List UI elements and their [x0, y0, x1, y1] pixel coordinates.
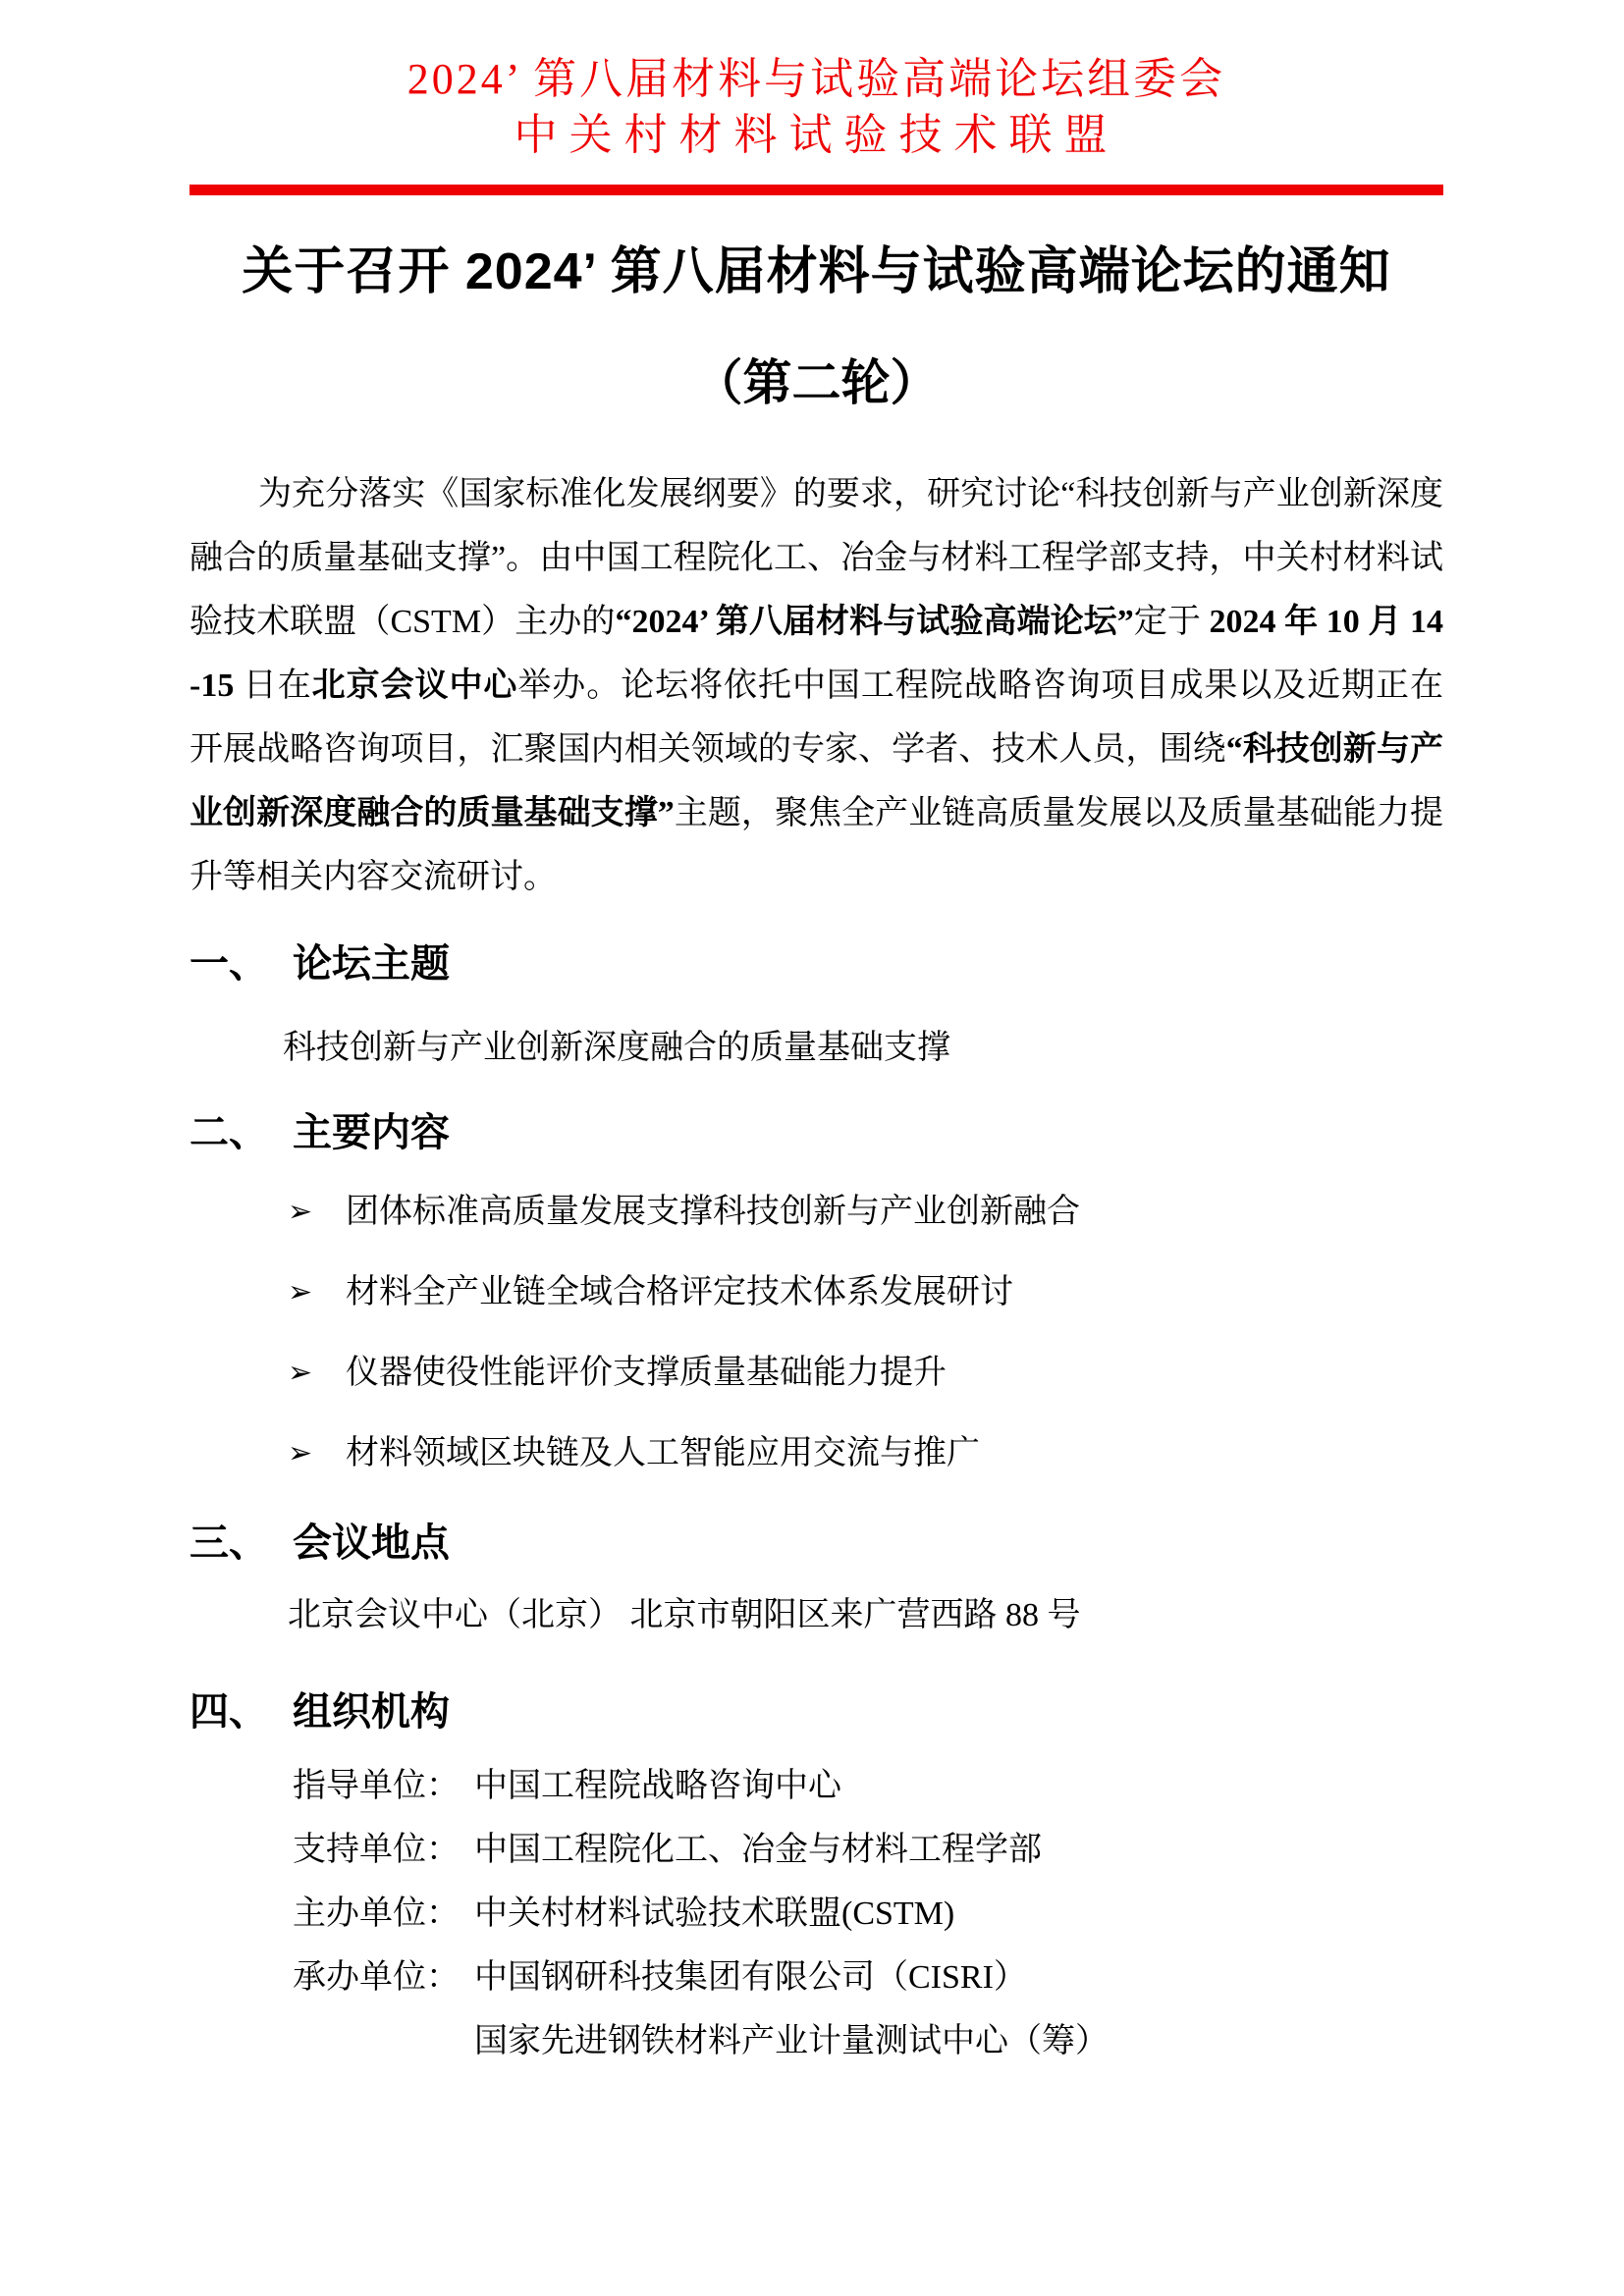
- section-number: 二、: [189, 1111, 293, 1154]
- org-row-guidance-unit: 指导单位： 中国工程院战略咨询中心: [189, 1769, 1443, 1804]
- venue-address-text: 北京会议中心（北京） 北京市朝阳区来广营西路 88 号: [288, 1598, 1443, 1633]
- org-row-organizer-unit-2: 国家先进钢铁材料产业计量测试中心（筹）: [189, 2024, 1443, 2059]
- org-value: 国家先进钢铁材料产业计量测试中心（筹）: [474, 2024, 1109, 2059]
- org-row-support-unit: 支持单位： 中国工程院化工、冶金与材料工程学部: [189, 1833, 1443, 1868]
- org-value: 中国工程院化工、冶金与材料工程学部: [474, 1833, 1042, 1868]
- bullet-text: 材料领域区块链及人工智能应用交流与推广: [346, 1435, 980, 1472]
- letterhead-org-line-1: 2024’ 第八届材料与试验高端论坛组委会: [189, 51, 1443, 107]
- section-venue: 三、 会议地点 北京会议中心（北京） 北京市朝阳区来广营西路 88 号: [189, 1522, 1443, 1633]
- arrow-bullet-icon: ➢: [288, 1194, 346, 1231]
- list-item: ➢ 团体标准高质量发展支撑科技创新与产业创新融合: [189, 1194, 1443, 1231]
- list-item: ➢ 材料领域区块链及人工智能应用交流与推广: [189, 1435, 1443, 1472]
- topics-bullet-list: ➢ 团体标准高质量发展支撑科技创新与产业创新融合 ➢ 材料全产业链全域合格评定技…: [189, 1194, 1443, 1472]
- org-row-organizer-unit: 承办单位： 中国钢研科技集团有限公司（CISRI）: [189, 1960, 1443, 1996]
- intro-paragraph: 为充分落实《国家标准化发展纲要》的要求，研究讨论“科技创新与产业创新深度融合的质…: [189, 462, 1443, 909]
- arrow-bullet-icon: ➢: [288, 1435, 346, 1472]
- letterhead: 2024’ 第八届材料与试验高端论坛组委会 中关村材料试验技术联盟: [189, 51, 1443, 163]
- document-subtitle: （第二轮）: [189, 356, 1443, 409]
- org-value: 中国工程院战略咨询中心: [474, 1769, 841, 1804]
- org-label: 主办单位：: [293, 1896, 474, 1932]
- section-heading: 四、 组织机构: [189, 1690, 1443, 1734]
- arrow-bullet-icon: ➢: [288, 1355, 346, 1392]
- org-row-host-unit: 主办单位： 中关村材料试验技术联盟(CSTM): [189, 1896, 1443, 1932]
- bullet-text: 团体标准高质量发展支撑科技创新与产业创新融合: [346, 1194, 1080, 1231]
- section-number: 三、: [189, 1522, 293, 1565]
- section-heading: 一、 论坛主题: [189, 942, 1443, 986]
- intro-run-forum-name: “2024’ 第八届材料与试验高端论坛”: [615, 604, 1133, 640]
- document-title: 关于召开 2024’ 第八届材料与试验高端论坛的通知: [189, 244, 1443, 299]
- forum-theme-text: 科技创新与产业创新深度融合的质量基础支撑: [283, 1031, 1443, 1066]
- bullet-text: 仪器使役性能评价支撑质量基础能力提升: [346, 1355, 947, 1392]
- section-title: 组织机构: [293, 1690, 450, 1734]
- organization-list: 指导单位： 中国工程院战略咨询中心 支持单位： 中国工程院化工、冶金与材料工程学…: [189, 1769, 1443, 2059]
- org-label: 支持单位：: [293, 1833, 474, 1868]
- letterhead-org-line-2: 中关村材料试验技术联盟: [189, 107, 1443, 163]
- list-item: ➢ 仪器使役性能评价支撑质量基础能力提升: [189, 1355, 1443, 1392]
- intro-run: 定于: [1134, 604, 1210, 640]
- intro-run-venue: 北京会议中心: [312, 667, 518, 704]
- org-label: [293, 2024, 474, 2059]
- section-heading: 三、 会议地点: [189, 1522, 1443, 1565]
- org-label: 承办单位：: [293, 1960, 474, 1996]
- section-forum-theme: 一、 论坛主题 科技创新与产业创新深度融合的质量基础支撑: [189, 942, 1443, 1066]
- org-label: 指导单位：: [293, 1769, 474, 1804]
- org-value: 中关村材料试验技术联盟(CSTM): [474, 1896, 954, 1932]
- section-number: 四、: [189, 1690, 293, 1734]
- section-number: 一、: [189, 942, 293, 986]
- org-value: 中国钢研科技集团有限公司（CISRI）: [474, 1960, 1027, 1996]
- bullet-text: 材料全产业链全域合格评定技术体系发展研讨: [346, 1274, 1013, 1311]
- section-title: 论坛主题: [293, 942, 450, 986]
- section-title: 主要内容: [293, 1111, 450, 1154]
- section-heading: 二、 主要内容: [189, 1111, 1443, 1154]
- section-organization: 四、 组织机构 指导单位： 中国工程院战略咨询中心 支持单位： 中国工程院化工、…: [189, 1690, 1443, 2059]
- section-title: 会议地点: [293, 1522, 450, 1565]
- arrow-bullet-icon: ➢: [288, 1274, 346, 1311]
- notice-document-page: 2024’ 第八届材料与试验高端论坛组委会 中关村材料试验技术联盟 关于召开 2…: [0, 0, 1624, 2296]
- intro-run: 日在: [234, 667, 311, 704]
- red-divider-rule: [189, 185, 1443, 195]
- list-item: ➢ 材料全产业链全域合格评定技术体系发展研讨: [189, 1274, 1443, 1311]
- section-main-contents: 二、 主要内容 ➢ 团体标准高质量发展支撑科技创新与产业创新融合 ➢ 材料全产业…: [189, 1111, 1443, 1472]
